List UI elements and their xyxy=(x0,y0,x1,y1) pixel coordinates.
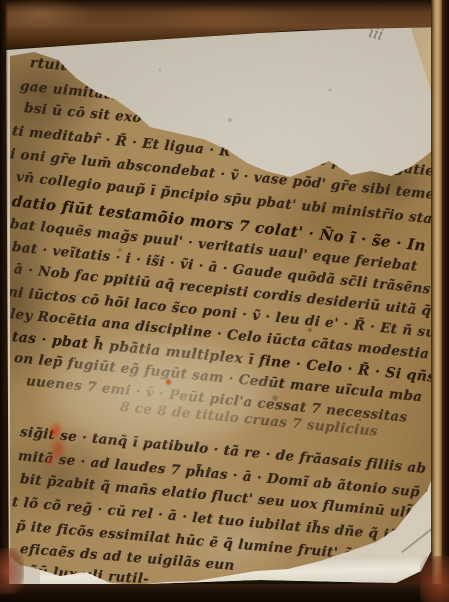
binding-right-edge xyxy=(442,0,449,602)
manuscript-photo: iii rtuit · gae uimitate bsi ū cō sit ex… xyxy=(0,0,449,602)
leather-corner-bottom-left xyxy=(0,548,24,594)
binding-left-edge xyxy=(0,0,8,602)
leather-corner-bottom-right xyxy=(420,556,449,602)
binding-bottom-edge xyxy=(0,584,449,602)
red-speck xyxy=(165,378,172,386)
